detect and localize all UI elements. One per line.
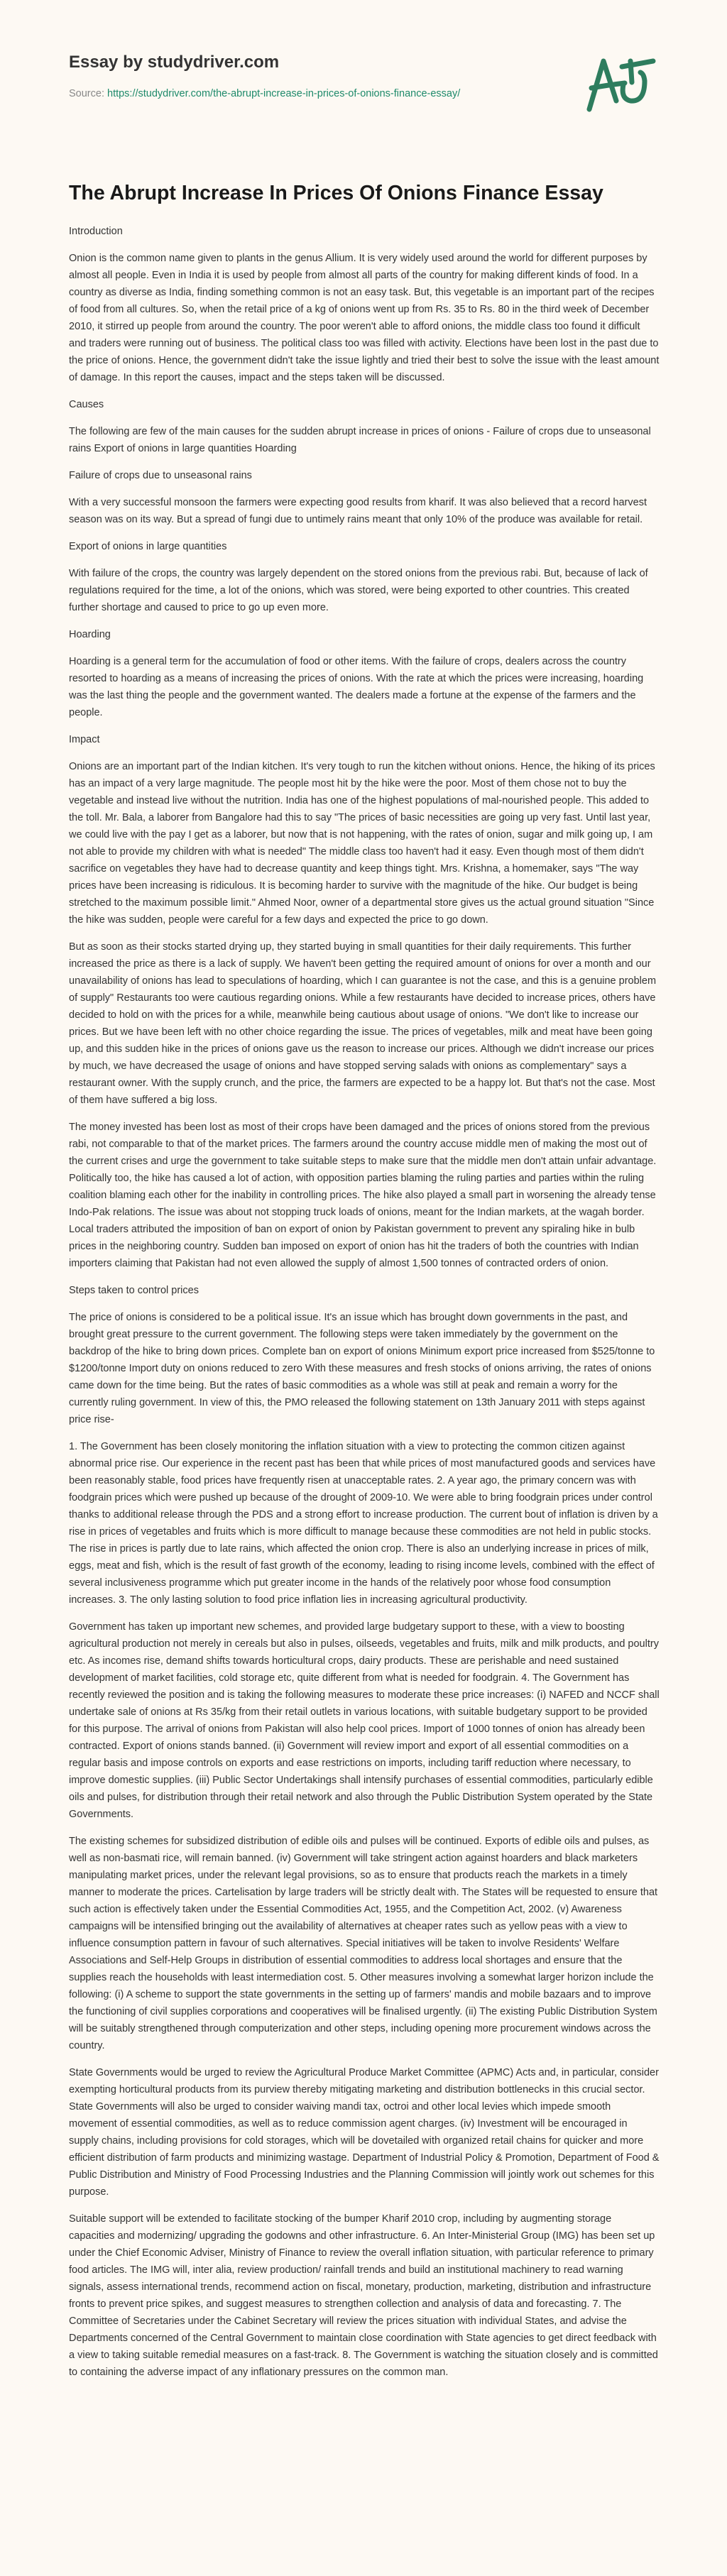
essay-content: The Abrupt Increase In Prices Of Onions … bbox=[69, 179, 660, 2391]
paragraph: The money invested has been lost as most… bbox=[69, 1119, 660, 1272]
paragraph: The existing schemes for subsidized dist… bbox=[69, 1833, 660, 2054]
section-impact: Impact Onions are an important part of t… bbox=[69, 731, 660, 1272]
paragraph: But as soon as their stocks started dryi… bbox=[69, 938, 660, 1109]
paragraph: Onions are an important part of the Indi… bbox=[69, 758, 660, 928]
section-causes: Causes The following are few of the main… bbox=[69, 396, 660, 457]
page-header: Essay by studydriver.com Source: https:/… bbox=[0, 0, 727, 142]
section-heading: Causes bbox=[69, 396, 660, 413]
essay-title: The Abrupt Increase In Prices Of Onions … bbox=[69, 179, 660, 207]
paragraph: Government has taken up important new sc… bbox=[69, 1618, 660, 1823]
section-steps-taken: Steps taken to control prices The price … bbox=[69, 1282, 660, 2381]
source-link[interactable]: https://studydriver.com/the-abrupt-incre… bbox=[107, 88, 460, 99]
section-heading: Hoarding bbox=[69, 626, 660, 643]
section-heading: Failure of crops due to unseasonal rains bbox=[69, 467, 660, 484]
section-heading: Impact bbox=[69, 731, 660, 748]
source-label: Source: bbox=[69, 88, 107, 99]
paragraph: Onion is the common name given to plants… bbox=[69, 250, 660, 386]
paragraph: With failure of the crops, the country w… bbox=[69, 565, 660, 616]
paragraph: Suitable support will be extended to fac… bbox=[69, 2210, 660, 2381]
section-heading: Steps taken to control prices bbox=[69, 1282, 660, 1299]
section-hoarding: Hoarding Hoarding is a general term for … bbox=[69, 626, 660, 721]
paragraph: State Governments would be urged to revi… bbox=[69, 2064, 660, 2200]
brand-title: Essay by studydriver.com bbox=[69, 53, 279, 72]
section-heading: Export of onions in large quantities bbox=[69, 538, 660, 555]
paragraph: The following are few of the main causes… bbox=[69, 423, 660, 457]
a-plus-grade-icon bbox=[582, 45, 660, 119]
paragraph: With a very successful monsoon the farme… bbox=[69, 494, 660, 528]
source-line: Source: https://studydriver.com/the-abru… bbox=[69, 88, 460, 99]
section-crop-failure: Failure of crops due to unseasonal rains… bbox=[69, 467, 660, 528]
paragraph: 1. The Government has been closely monit… bbox=[69, 1438, 660, 1608]
paragraph: The price of onions is considered to be … bbox=[69, 1309, 660, 1428]
paragraph: Hoarding is a general term for the accum… bbox=[69, 653, 660, 721]
section-introduction: Introduction Onion is the common name gi… bbox=[69, 223, 660, 386]
page: Essay by studydriver.com Source: https:/… bbox=[0, 0, 727, 142]
section-heading: Introduction bbox=[69, 223, 660, 240]
section-export: Export of onions in large quantities Wit… bbox=[69, 538, 660, 616]
